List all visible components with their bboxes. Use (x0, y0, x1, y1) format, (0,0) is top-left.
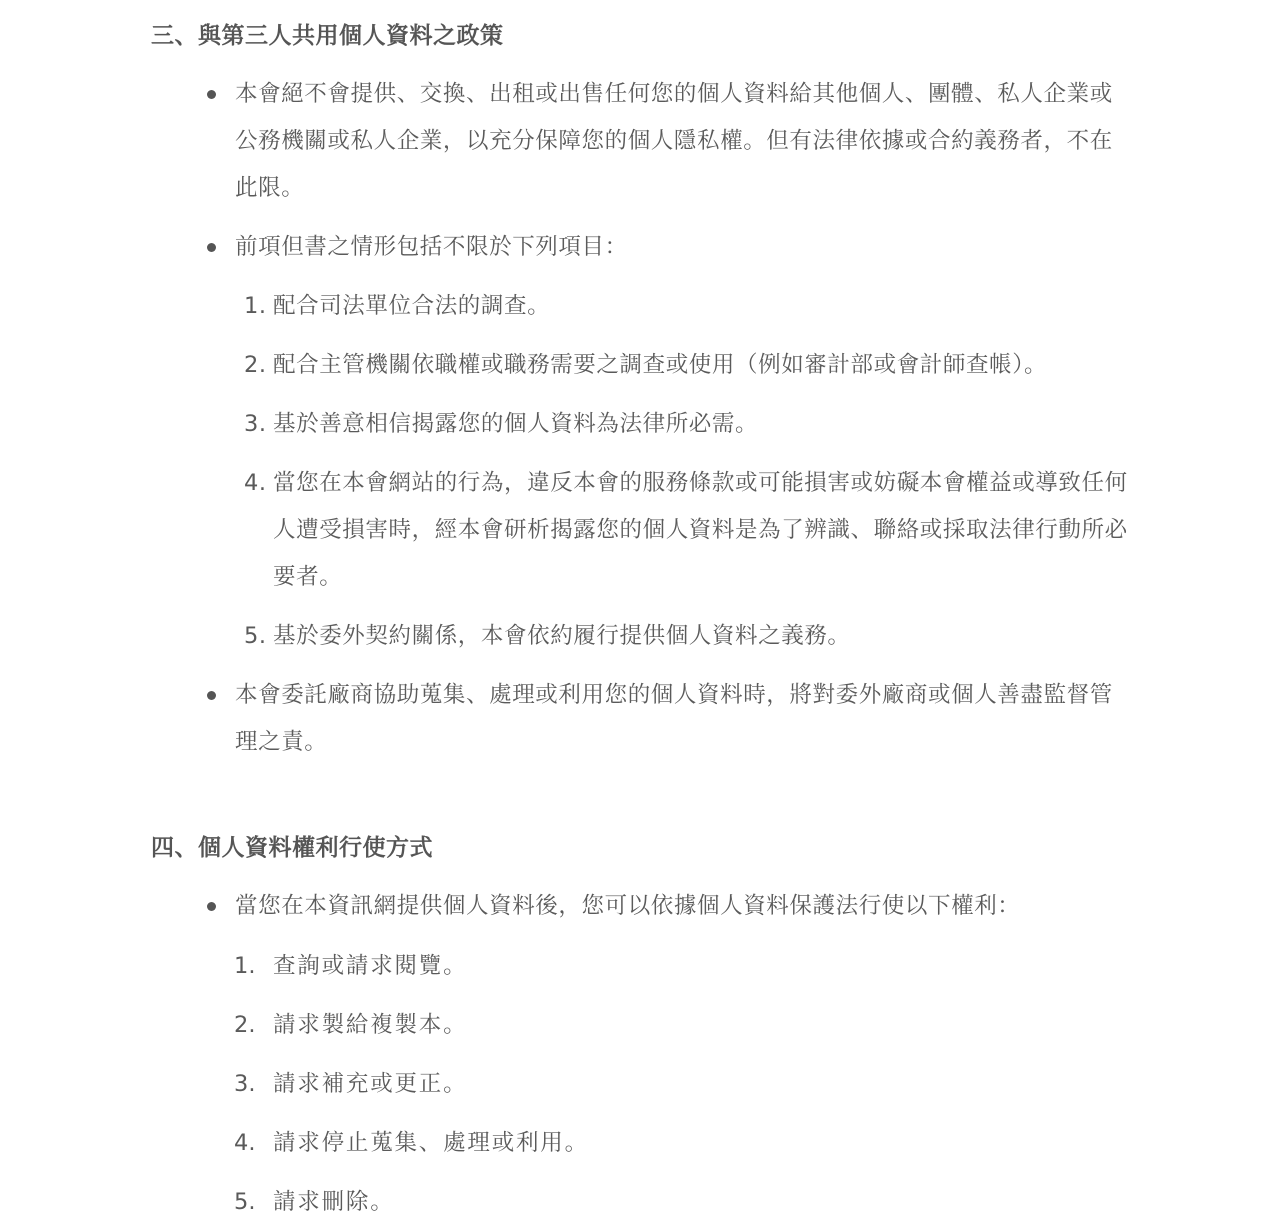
item-text: 基於委外契約關係，本會依約履行提供個人資料之義務。 (244, 613, 1134, 660)
ordered-list-item: 3. 基於善意相信揭露您的個人資料為法律所必需。 (244, 401, 1134, 448)
section-heading-rights-exercise: 四、個人資料權利行使方式 (151, 832, 433, 864)
item-text: 基於善意相信揭露您的個人資料為法律所必需。 (244, 401, 1134, 448)
item-number: 2. (234, 1009, 255, 1041)
list-item: 前項但書之情形包括不限於下列項目： (235, 224, 1125, 271)
ordered-list-item: 5. 基於委外契約關係，本會依約履行提供個人資料之義務。 (244, 613, 1134, 660)
section-heading-third-party-sharing: 三、與第三人共用個人資料之政策 (151, 20, 504, 52)
list-item-text: 本會委託廠商協助蒐集、處理或利用您的個人資料時，將對委外廠商或個人善盡監督管理之… (235, 682, 1113, 755)
list-item: 本會委託廠商協助蒐集、處理或利用您的個人資料時，將對委外廠商或個人善盡監督管理之… (235, 672, 1125, 766)
item-text: 配合司法單位合法的調查。 (244, 283, 1134, 330)
ordered-list-item: 5. 請求刪除。 (234, 1186, 1124, 1218)
item-text: 請求停止蒐集、處理或利用。 (234, 1127, 1124, 1159)
item-text: 當您在本會網站的行為，違反本會的服務條款或可能損害或妨礙本會權益或導致任何人遭受… (244, 460, 1134, 601)
ordered-list-item: 4. 當您在本會網站的行為，違反本會的服務條款或可能損害或妨礙本會權益或導致任何… (244, 460, 1134, 601)
item-number: 5. (234, 1186, 255, 1218)
bullet-icon (207, 243, 216, 252)
bullet-icon (207, 691, 216, 700)
list-item-text: 前項但書之情形包括不限於下列項目： (235, 234, 628, 260)
item-number: 5. (244, 613, 267, 660)
bullet-icon (207, 90, 216, 99)
bullet-icon (207, 902, 216, 911)
item-text: 查詢或請求閱覽。 (234, 950, 1124, 982)
item-number: 2. (244, 342, 267, 389)
item-text: 請求刪除。 (234, 1186, 1124, 1218)
list-item: 本會絕不會提供、交換、出租或出售任何您的個人資料給其他個人、團體、私人企業或公務… (235, 71, 1125, 212)
item-text: 請求製給複製本。 (234, 1009, 1124, 1041)
ordered-list-item: 1. 查詢或請求閱覽。 (234, 950, 1124, 982)
item-number: 1. (244, 283, 267, 330)
item-number: 3. (234, 1068, 255, 1100)
item-text: 請求補充或更正。 (234, 1068, 1124, 1100)
list-item-text: 當您在本資訊網提供個人資料後，您可以依據個人資料保護法行使以下權利： (235, 893, 1020, 919)
ordered-list-item: 4. 請求停止蒐集、處理或利用。 (234, 1127, 1124, 1159)
item-number: 4. (244, 460, 267, 507)
ordered-list-item: 2. 請求製給複製本。 (234, 1009, 1124, 1041)
item-number: 4. (234, 1127, 255, 1159)
ordered-list-item: 1. 配合司法單位合法的調查。 (244, 283, 1134, 330)
list-item-text: 本會絕不會提供、交換、出租或出售任何您的個人資料給其他個人、團體、私人企業或公務… (235, 81, 1113, 201)
ordered-list-item: 3. 請求補充或更正。 (234, 1068, 1124, 1100)
list-item: 當您在本資訊網提供個人資料後，您可以依據個人資料保護法行使以下權利： (235, 883, 1125, 930)
ordered-list-item: 2. 配合主管機關依職權或職務需要之調查或使用（例如審計部或會計師查帳）。 (244, 342, 1134, 389)
item-text: 配合主管機關依職權或職務需要之調查或使用（例如審計部或會計師查帳）。 (244, 342, 1134, 389)
item-number: 1. (234, 950, 255, 982)
item-number: 3. (244, 401, 267, 448)
